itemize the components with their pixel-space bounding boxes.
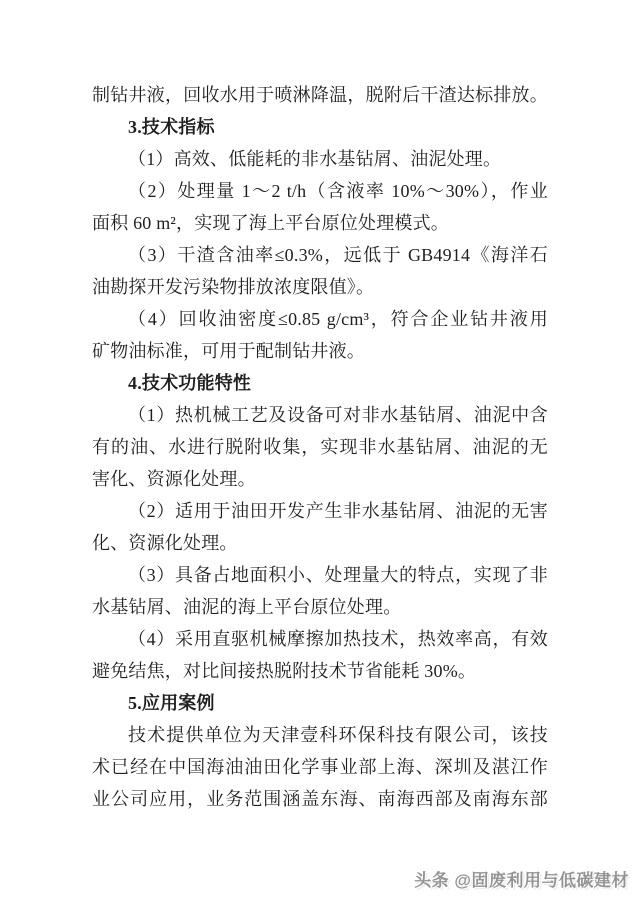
doc-line-8: （4）回收油密度≤0.85 g/cm³，符合企业钻井液用: [92, 303, 548, 335]
doc-line-12: 有的油、水进行脱附收集，实现非水基钻屑、油泥的无: [92, 431, 548, 463]
doc-line-7: 油勘探开发污染物排放浓度限值》。: [92, 271, 548, 303]
section-heading-5: 5.应用案例: [92, 687, 548, 719]
section-heading-3: 3.技术指标: [92, 111, 548, 143]
document-page: 制钻井液，回收水用于喷淋降温，脱附后干渣达标排放。 3.技术指标 （1）高效、低…: [0, 0, 640, 903]
doc-line-17: 水基钻屑、油泥的海上平台原位处理。: [92, 591, 548, 623]
doc-line-6: （3）干渣含油率≤0.3%，远低于 GB4914《海洋石: [92, 239, 548, 271]
doc-line-3: （1）高效、低能耗的非水基钻屑、油泥处理。: [92, 143, 548, 175]
doc-line-13: 害化、资源化处理。: [92, 463, 548, 495]
doc-line-9: 矿物油标准，可用于配制钻井液。: [92, 335, 548, 367]
doc-line-15: 化、资源化处理。: [92, 527, 548, 559]
doc-line-18: （4）采用直驱机械摩擦加热技术，热效率高，有效: [92, 623, 548, 655]
doc-line-23: 业公司应用，业务范围涵盖东海、南海西部及南海东部: [92, 783, 548, 815]
doc-line-14: （2）适用于油田开发产生非水基钻屑、油泥的无害: [92, 495, 548, 527]
doc-line-1: 制钻井液，回收水用于喷淋降温，脱附后干渣达标排放。: [92, 79, 548, 111]
document-body: 制钻井液，回收水用于喷淋降温，脱附后干渣达标排放。 3.技术指标 （1）高效、低…: [92, 79, 548, 815]
toutiao-watermark: 头条 @固废利用与低碳建材: [414, 870, 629, 892]
doc-line-5: 面积 60 m²，实现了海上平台原位处理模式。: [92, 207, 548, 239]
doc-line-22: 术已经在中国海油油田化学事业部上海、深圳及湛江作: [92, 751, 548, 783]
doc-line-21: 技术提供单位为天津壹科环保科技有限公司，该技: [92, 719, 548, 751]
doc-line-16: （3）具备占地面积小、处理量大的特点，实现了非: [92, 559, 548, 591]
doc-line-19: 避免结焦，对比间接热脱附技术节省能耗 30%。: [92, 655, 548, 687]
doc-line-11: （1）热机械工艺及设备可对非水基钻屑、油泥中含: [92, 399, 548, 431]
section-heading-4: 4.技术功能特性: [92, 367, 548, 399]
doc-line-4: （2）处理量 1～2 t/h（含液率 10%～30%），作业: [92, 175, 548, 207]
